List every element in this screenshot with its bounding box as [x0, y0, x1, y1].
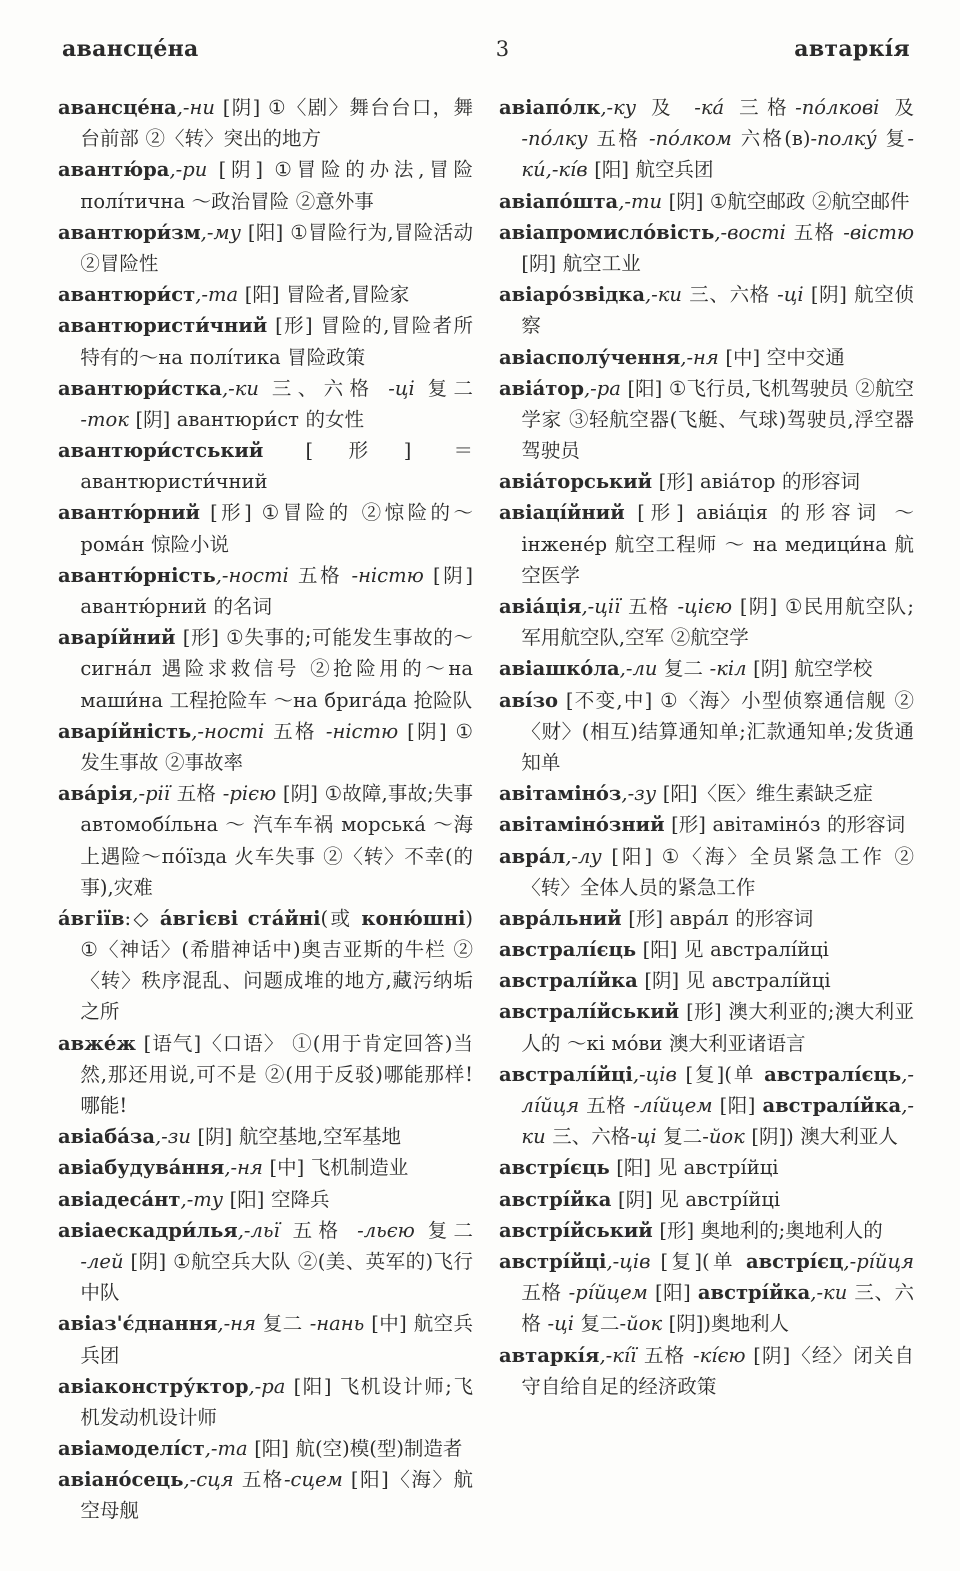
definition-text: 复二 — [415, 377, 473, 400]
definition-text: [形] авітамінóз 的形容词 — [665, 813, 906, 836]
inflection: ,-ня — [217, 1312, 256, 1335]
headword: авантюри́зм — [58, 221, 201, 244]
headword: аварíйний — [58, 626, 176, 649]
dictionary-entry: авжéж [语气]〈口语〉 ①(用于肯定回答)当然,那还用说,可不是 ②(用于… — [58, 1028, 473, 1122]
headword: авіаконстру́ктор — [58, 1375, 248, 1398]
headword: авантюристи́чний — [58, 314, 267, 337]
inflection: ,-та — [205, 1437, 248, 1460]
inflection: -сцем — [284, 1468, 343, 1491]
definition-text: [阴] 航空基地,空军基地 — [191, 1125, 401, 1148]
headword: австралíйський — [499, 1000, 679, 1023]
headword: австрíйський — [499, 1219, 653, 1242]
definition-text: 及 — [879, 96, 914, 119]
inflection: ,-ців — [606, 1250, 650, 1273]
headword: австралíєць — [764, 1063, 901, 1086]
definition-text: [形] 奥地利的;奥地利人的 — [653, 1219, 883, 1242]
page-header: авансцéна 3 автаркíя — [62, 36, 910, 62]
definition-text: 复二 — [256, 1312, 310, 1335]
inflection: -ністю — [352, 564, 424, 587]
inflection: -пóлку — [521, 127, 587, 150]
definition-text: 复二 — [657, 657, 709, 680]
dictionary-entry: авіанóсець,-сця 五格-сцем [阳]〈海〉航空母舰 — [58, 1464, 473, 1526]
dictionary-page: авансцéна 3 автаркíя авансцéна,-ни [阴] ①… — [0, 0, 960, 1571]
dictionary-entry: аврáл,-лу [阳] ①〈海〉全员紧急工作 ②〈转〉全体人员的紧急工作 — [499, 841, 914, 903]
definition-text: :◇ — [125, 907, 160, 930]
definition-text: [中] 空中交通 — [719, 346, 845, 369]
definition-text: [阴]) 澳大利亚人 — [745, 1125, 898, 1148]
headword: авітамінóзний — [499, 813, 665, 836]
headword: авантю́рність — [58, 564, 216, 587]
headword: авіашкóла — [499, 657, 620, 680]
dictionary-entry: авантюри́ст,-та [阳] 冒险者,冒险家 — [58, 279, 473, 310]
dictionary-entry: авіадесáнт,-ту [阳] 空降兵 — [58, 1184, 473, 1215]
definition-text: 三、六格- — [546, 1125, 637, 1148]
inflection: ,-ня — [680, 346, 719, 369]
headword: авáрія — [58, 782, 132, 805]
definition-text: 五格 — [636, 1344, 693, 1367]
inflection: ,-ку — [600, 96, 636, 119]
inflection: ,-ців — [633, 1063, 677, 1086]
definition-text: 五格 — [521, 1281, 568, 1304]
definition-text: [阳] — [713, 1094, 763, 1117]
inflection: йок — [709, 1125, 745, 1148]
inflection: ,-ра — [584, 377, 621, 400]
headword: австрíєц — [746, 1250, 843, 1273]
inflection: -ці — [548, 1312, 574, 1335]
definition-text: 复二- — [657, 1125, 709, 1148]
inflection: ,-вості — [714, 221, 786, 244]
dictionary-entry: австралíйський [形] 澳大利亚的;澳大利亚人的 ～кі мóви… — [499, 996, 914, 1058]
dictionary-entry: авіáція,-ції 五格 -цією [阴] ①民用航空队;军用航空队,空… — [499, 591, 914, 653]
headword: авіамоделíст — [58, 1437, 205, 1460]
dictionary-entry: авіабáза,-зи [阴] 航空基地,空军基地 — [58, 1121, 473, 1152]
headword: авантюри́стка — [58, 377, 222, 400]
definition-text: 三、六格 — [259, 377, 388, 400]
right-column: авіапóлк,-ку 及 -кá 三格-пóлкові 及 -пóлку 五… — [499, 92, 914, 1527]
inflection: ,-ності — [216, 564, 289, 587]
dictionary-entry: австрíйці,-ців [复](单 австрíєц,-рíйця 五格 … — [499, 1246, 914, 1340]
dictionary-entry: авіамоделíст,-та [阳] 航(空)模(型)制造者 — [58, 1433, 473, 1464]
headword: авіапóшта — [499, 190, 618, 213]
definition-text: (或 — [321, 907, 362, 930]
headword: авіаз'є́днання — [58, 1312, 217, 1335]
inflection: ,-зу — [621, 782, 656, 805]
dictionary-entry: авантю́ра,-ри [阴] ①冒险的办法,冒险 полíтична ～政… — [58, 154, 473, 216]
definition-text: [阳] 航空兵团 — [588, 158, 714, 181]
definition-text: 五格 — [786, 221, 843, 244]
headword: аварíйність — [58, 720, 191, 743]
headword: авіапромислóвість — [499, 221, 714, 244]
inflection: ,-рíйця — [843, 1250, 914, 1273]
inflection: -полку́ — [810, 127, 876, 150]
dictionary-entry: авіапóлк,-ку 及 -кá 三格-пóлкові 及 -пóлку 五… — [499, 92, 914, 186]
dictionary-entry: авіапромислóвість,-вості 五格 -вістю [阴] 航… — [499, 217, 914, 279]
dictionary-entry: аварíйний [形] ①失事的;可能发生事故的～ сигнáл 遇险求救信… — [58, 622, 473, 716]
dictionary-entry: аврáльний [形] аврáл 的形容词 — [499, 903, 914, 934]
headword: австрíйка — [499, 1188, 611, 1211]
dictionary-entry: авáрія,-рії 五格 -рією [阴] ①故障,事故;失事 автом… — [58, 778, 473, 903]
headword: австралíйка — [762, 1094, 901, 1117]
inflection: ,-ки — [645, 283, 682, 306]
headword: авіабáза — [58, 1125, 155, 1148]
guide-word-left: авансцéна — [62, 36, 199, 62]
dictionary-entry: авітамінóз,-зу [阳]〈医〉维生素缺乏症 — [499, 778, 914, 809]
definition-text: [复](单 — [650, 1250, 745, 1273]
definition-text: 五格 — [289, 564, 352, 587]
dictionary-entry: авіацíйний [形] авіáція 的形容词 ～ інженéр 航空… — [499, 497, 914, 591]
headword: коню́шні — [361, 907, 465, 930]
inflection: ,-ту — [181, 1188, 224, 1211]
inflection: ,-ності — [191, 720, 264, 743]
definition-text: 三、六格 — [682, 283, 777, 306]
headword: авітамінóз — [499, 782, 621, 805]
definition-text: [语气]〈口语〉 ①(用于肯定回答)当然,那还用说,可不是 ②(用于反驳)哪能那… — [80, 1032, 473, 1117]
page-number: 3 — [496, 37, 509, 61]
inflection: -ці — [388, 377, 414, 400]
definition-text: [阳]〈医〉维生素缺乏症 — [656, 782, 873, 805]
dictionary-entry: авіарóзвідка,-ки 三、六格 -ці [阴] 航空侦察 — [499, 279, 914, 341]
definition-text: [阴] 见 австрíйці — [611, 1188, 780, 1211]
inflection: ,-зи — [155, 1125, 191, 1148]
dictionary-entry: авіасполу́чення,-ня [中] 空中交通 — [499, 342, 914, 373]
headword: авіапóлк — [499, 96, 600, 119]
headword: австралíйка — [499, 969, 638, 992]
dictionary-entry: авíзо [不变,中] ①〈海〉小型侦察通信舰 ②〈财〉(相互)结算通知单;汇… — [499, 685, 914, 779]
definition-text: [形] авіáтор 的形容词 — [652, 470, 860, 493]
headword: австрíйці — [499, 1250, 606, 1273]
inflection: ,-ти — [618, 190, 662, 213]
guide-word-right: автаркíя — [794, 36, 910, 62]
dictionary-entry: авіаескадри́лья,-льї 五格 -льєю 复二 -лей [阴… — [58, 1215, 473, 1309]
inflection: ,-та — [195, 283, 238, 306]
left-column: авансцéна,-ни [阴] ①〈剧〉舞台台口，舞台前部 ②〈转〉突出的地… — [58, 92, 473, 1527]
definition-text: [阴] авантюри́ст 的女性 — [129, 408, 364, 431]
definition-text: [阴] 航空学校 — [747, 657, 873, 680]
headword: авіабудувáння — [58, 1156, 224, 1179]
dictionary-entry: авіапóшта,-ти [阴] ①航空邮政 ②航空邮件 — [499, 186, 914, 217]
inflection: -кіл — [710, 657, 747, 680]
headword: áвгієві стáйні — [160, 907, 321, 930]
definition-text: [阴] ①航空兵大队 ②(美、英军的)飞行中队 — [80, 1250, 473, 1304]
headword: австралíєць — [499, 938, 636, 961]
inflection: -вістю — [843, 221, 914, 244]
definition-text: 五格 — [280, 1219, 357, 1242]
inflection: ,-ра — [248, 1375, 285, 1398]
inflection: ,-лу — [565, 845, 602, 868]
headword: áвгіїв — [58, 907, 125, 930]
dictionary-entry: авантю́рність,-ності 五格 -ністю [阴] авант… — [58, 560, 473, 622]
dictionary-entry: автаркíя,-кíї 五格 -кíєю [阴]〈经〉闭关自守自给自足的经济… — [499, 1340, 914, 1402]
definition-text: 五格 — [234, 1468, 284, 1491]
definition-text: [阴] ①航空邮政 ②航空邮件 — [662, 190, 909, 213]
headword: авіáція — [499, 595, 581, 618]
headword: авíзо — [499, 689, 558, 712]
headword: авансцéна — [58, 96, 177, 119]
inflection: ,-ції — [581, 595, 620, 618]
definition-text: [阴] 航空工业 — [521, 252, 640, 275]
headword: авантю́рний — [58, 501, 200, 524]
dictionary-entry: австрíєць [阳] 见 австрíйці — [499, 1152, 914, 1183]
headword: авжéж — [58, 1032, 136, 1055]
definition-text: 复二 — [415, 1219, 473, 1242]
inflection: ,-ри — [169, 158, 207, 181]
definition-text: 五格 — [588, 127, 649, 150]
inflection: ,-му — [201, 221, 241, 244]
inflection: -нань — [310, 1312, 365, 1335]
dictionary-entry: австралíйці,-ців [复](单 австралíєць,-лíйц… — [499, 1059, 914, 1153]
definition-text: 复 — [877, 127, 908, 150]
dictionary-entry: авантюри́зм,-му [阳] ①冒险行为,冒险活动 ②冒险性 — [58, 217, 473, 279]
dictionary-entry: авіабудувáння,-ня [中] 飞机制造业 — [58, 1152, 473, 1183]
definition-text: [阳] — [648, 1281, 698, 1304]
headword: австрíєць — [499, 1156, 610, 1179]
definition-text: 五格 — [579, 1094, 633, 1117]
inflection: -льєю — [357, 1219, 415, 1242]
inflection: -рією — [223, 782, 276, 805]
dictionary-entry: авіáторський [形] авіáтор 的形容词 — [499, 466, 914, 497]
headword: авіарóзвідка — [499, 283, 645, 306]
dictionary-entry: авіаконстру́ктор,-ра [阳] 飞机设计师;飞机发动机设计师 — [58, 1371, 473, 1433]
inflection: ,-ли — [620, 657, 658, 680]
inflection: ,-ня — [224, 1156, 263, 1179]
headword: авіадесáнт — [58, 1188, 181, 1211]
inflection: ,-кíї — [599, 1344, 636, 1367]
dictionary-entry: авіáтор,-ра [阳] ①飞行员,飞机驾驶员 ②航空学家 ③轻航空器(飞… — [499, 373, 914, 467]
definition-text: [复](单 — [677, 1063, 764, 1086]
inflection: -пóлкові — [795, 96, 879, 119]
definition-text: [不变,中] ①〈海〉小型侦察通信舰 ②〈财〉(相互)结算通知单;汇款通知单;发… — [521, 689, 914, 774]
dictionary-entry: авіаз'є́днання,-ня 复二 -нань [中] 航空兵兵团 — [58, 1308, 473, 1370]
dictionary-entry: австралíєць [阳] 见 австралíйці — [499, 934, 914, 965]
headword: авіанóсець — [58, 1468, 183, 1491]
inflection: ,-льї — [238, 1219, 280, 1242]
inflection: ,-ни — [177, 96, 215, 119]
headword: авантюри́ст — [58, 283, 195, 306]
definition-text: [阴])奥地利人 — [662, 1312, 789, 1335]
inflection: йок — [626, 1312, 662, 1335]
headword: автаркíя — [499, 1344, 599, 1367]
headword: аврáльний — [499, 907, 622, 930]
definition-text: [阳] 见 австрíйці — [610, 1156, 779, 1179]
dictionary-entry: авансцéна,-ни [阴] ①〈剧〉舞台台口，舞台前部 ②〈转〉突出的地… — [58, 92, 473, 154]
inflection: ,-сця — [183, 1468, 233, 1491]
definition-text: [阳] 见 австралíйці — [636, 938, 829, 961]
dictionary-entry: австрíйський [形] 奥地利的;奥地利人的 — [499, 1215, 914, 1246]
inflection: -цією — [678, 595, 733, 618]
definition-text: 三格 — [724, 96, 795, 119]
dictionary-entry: авантю́рний [形] ①冒险的 ②惊险的～ромáн 惊险小说 — [58, 497, 473, 559]
dictionary-entry: авантюри́стка,-ки 三、六格 -ці 复二 -ток [阴] а… — [58, 373, 473, 435]
headword: авіасполу́чення — [499, 346, 680, 369]
inflection: -ністю — [326, 720, 398, 743]
definition-text: 五格 — [264, 720, 326, 743]
inflection: ,-ки — [222, 377, 259, 400]
headword: аврáл — [499, 845, 565, 868]
dictionary-entry: авіашкóла,-ли 复二 -кіл [阴] 航空学校 — [499, 653, 914, 684]
definition-text: 六格(в) — [732, 127, 811, 150]
headword: авіаескадри́лья — [58, 1219, 238, 1242]
headword: авіáторський — [499, 470, 652, 493]
definition-text: [形] аврáл 的形容词 — [622, 907, 814, 930]
inflection: -пóлком — [649, 127, 732, 150]
headword: авіáтор — [499, 377, 584, 400]
dictionary-entry: аварíйність,-ності 五格 -ністю [阴] ①发生事故 ②… — [58, 716, 473, 778]
inflection: ,-ки — [810, 1281, 847, 1304]
dictionary-entry: австралíйка [阴] 见 австралíйці — [499, 965, 914, 996]
inflection: -ці — [777, 283, 803, 306]
definition-text: [阳] 冒险者,冒险家 — [238, 283, 409, 306]
text-columns: авансцéна,-ни [阴] ①〈剧〉舞台台口，舞台前部 ②〈转〉突出的地… — [58, 92, 914, 1527]
definition-text: 五格 — [620, 595, 677, 618]
inflection: -ток — [80, 408, 128, 431]
headword: авантю́ра — [58, 158, 169, 181]
dictionary-entry: авантюристи́чний [形] 冒险的,冒险者所特有的～на полí… — [58, 310, 473, 372]
headword: австрíйка — [698, 1281, 810, 1304]
inflection: -кá — [694, 96, 724, 119]
definition-text: 及 — [636, 96, 694, 119]
definition-text: 复二- — [574, 1312, 626, 1335]
inflection: ,-рії — [132, 782, 170, 805]
definition-text: [阴] 见 австралíйці — [638, 969, 831, 992]
definition-text: [中] 飞机制造业 — [263, 1156, 408, 1179]
dictionary-entry: авітамінóзний [形] авітамінóз 的形容词 — [499, 809, 914, 840]
inflection: -рíйцем — [569, 1281, 648, 1304]
dictionary-entry: австрíйка [阴] 见 австрíйці — [499, 1184, 914, 1215]
headword: австралíйці — [499, 1063, 633, 1086]
definition-text: [阳] 空降兵 — [223, 1188, 329, 1211]
inflection: -лей — [80, 1250, 123, 1273]
headword: авантюри́стський — [58, 439, 263, 462]
inflection: -кíєю — [693, 1344, 746, 1367]
dictionary-entry: áвгіїв:◇ áвгієві стáйні(或 коню́шні) ①〈神话… — [58, 903, 473, 1028]
inflection: ці — [637, 1125, 657, 1148]
headword: авіацíйний — [499, 501, 625, 524]
definition-text: [阳] 航(空)模(型)制造者 — [248, 1437, 463, 1460]
inflection: -лíйцем — [633, 1094, 712, 1117]
dictionary-entry: авантюри́стський [形] ＝ авантюристи́чний — [58, 435, 473, 497]
definition-text: 五格 — [170, 782, 223, 805]
